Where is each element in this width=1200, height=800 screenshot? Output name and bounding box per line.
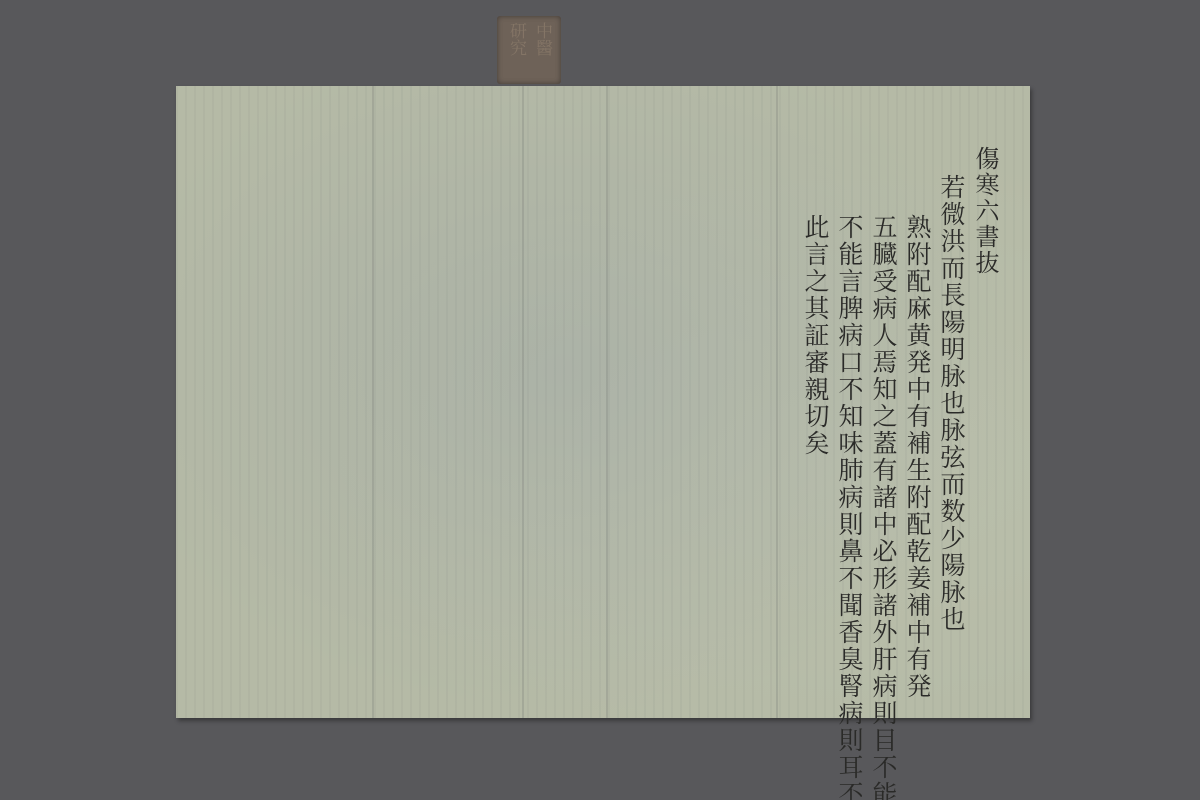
manuscript-title: 傷寒六書抜 — [971, 146, 999, 706]
text-column: 熟附配麻黄発中有補生附配乾姜補中有発 — [903, 214, 931, 706]
seal-text: 研究 — [507, 22, 525, 56]
fold-line — [372, 86, 374, 718]
text-column: 若微洪而長陽明脉也脉弦而数少陽脉也 — [937, 174, 965, 706]
manuscript-paper: 傷寒六書抜 若微洪而長陽明脉也脉弦而数少陽脉也 熟附配麻黄発中有補生附配乾姜補中… — [176, 86, 1030, 718]
text-column: 五臓受病人焉知之蓋有諸中必形諸外肝病則目不能視心病舌 — [869, 214, 897, 706]
fold-line — [522, 86, 524, 718]
collection-label-slip: 中醫 研究 — [497, 16, 561, 84]
text-column: 此言之其証審親切矣 — [801, 214, 829, 706]
fold-line — [606, 86, 608, 718]
text-column: 不能言脾病口不知味肺病則鼻不聞香臭腎病則耳不聞聲以 — [835, 214, 863, 706]
seal-text: 中醫 — [533, 22, 551, 56]
manuscript-text: 傷寒六書抜 若微洪而長陽明脉也脉弦而数少陽脉也 熟附配麻黄発中有補生附配乾姜補中… — [759, 146, 999, 706]
